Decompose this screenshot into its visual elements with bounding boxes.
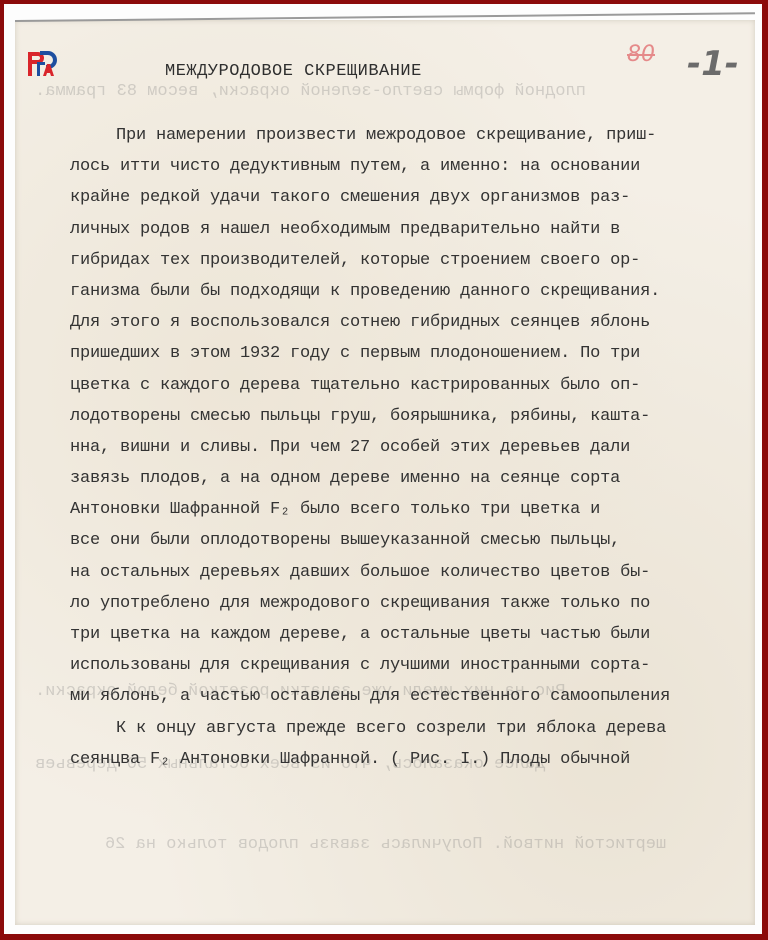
document-body: При намерении произвести межродовое скре…: [70, 120, 760, 775]
text-line: К к онцу августа прежде всего созрели тр…: [70, 713, 760, 744]
text-line: нна, вишни и сливы. При чем 27 особей эт…: [70, 432, 760, 463]
document-title: МЕЖДУРОДОВОЕ СКРЕЩИВАНИЕ: [165, 62, 422, 81]
text-line: крайне редкой удачи такого смешения двух…: [70, 182, 760, 213]
text-line: на остальных деревьях давших большое кол…: [70, 557, 760, 588]
bleed-through-text: шертистой нитвой. Получилась завязь плод…: [105, 835, 666, 854]
text-line: лодотворены смесью пыльцы груш, боярышни…: [70, 401, 760, 432]
text-line: три цветка на каждом дереве, а остальные…: [70, 619, 760, 650]
text-line: сеянцва F₂ Антоновки Шафранной. ( Рис. I…: [70, 744, 760, 775]
text-line: все они были оплодотворены вышеуказанной…: [70, 525, 760, 556]
text-line: При намерении произвести межродовое скре…: [70, 120, 760, 151]
text-line: использованы для скрещивания с лучшими и…: [70, 650, 760, 681]
text-line: личных родов я нашел необходимым предвар…: [70, 214, 760, 245]
text-line: Антоновки Шафранной F₂ было всего только…: [70, 494, 760, 525]
bleed-through-text: плодной формы светло-зеленой окраски, ве…: [35, 82, 586, 101]
text-line: ло употреблено для межродового скрещиван…: [70, 588, 760, 619]
text-line: лось итти чисто дедуктивным путем, а име…: [70, 151, 760, 182]
text-line: гибридах тех производителей, которые стр…: [70, 245, 760, 276]
text-line: ми яблонь, а частью оставлены для естест…: [70, 681, 760, 712]
text-line: пришедших в этом 1932 году с первым плод…: [70, 338, 760, 369]
archive-logo-icon: [25, 48, 57, 78]
text-line: завязь плодов, а на одном дереве именно …: [70, 463, 760, 494]
text-line: цветка с каждого дерева тщательно кастри…: [70, 370, 760, 401]
page-number: -1-: [687, 44, 739, 84]
text-line: ганизма были бы подходящи к проведению д…: [70, 276, 760, 307]
text-line: Для этого я воспользовался сотнею гибрид…: [70, 307, 760, 338]
crossed-archive-number: 80: [627, 42, 655, 67]
